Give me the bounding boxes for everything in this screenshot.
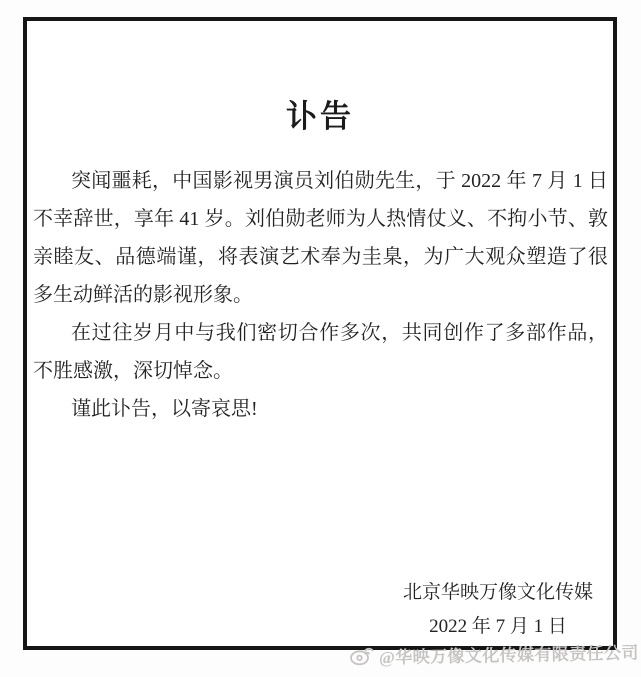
weibo-icon [349,647,374,666]
signature-block: 北京华映万像文化传媒 2022 年 7 月 1 日 [403,576,593,644]
paragraph-closing: 谨此讣告，以寄哀思! [33,390,608,428]
paragraph-death-announcement: 突闻噩耗，中国影视男演员刘伯勋先生，于 2022 年 7 月 1 日不幸辞世，享… [33,162,608,314]
watermark: @华映万像文化传媒有限责任公司 [349,638,639,669]
signature-company: 北京华映万像文化传媒 [403,576,593,610]
scanned-page: 讣告 突闻噩耗，中国影视男演员刘伯勋先生，于 2022 年 7 月 1 日不幸辞… [0,0,641,677]
document-title: 讣告 [27,101,613,132]
paragraph-cooperation-tribute: 在过往岁月中与我们密切合作多次，共同创作了多部作品，不胜感激，深切悼念。 [33,314,608,390]
document-body: 突闻噩耗，中国影视男演员刘伯勋先生，于 2022 年 7 月 1 日不幸辞世，享… [33,162,608,428]
watermark-text: @华映万像文化传媒有限责任公司 [379,638,639,668]
obituary-document: 讣告 突闻噩耗，中国影视男演员刘伯勋先生，于 2022 年 7 月 1 日不幸辞… [23,17,617,650]
